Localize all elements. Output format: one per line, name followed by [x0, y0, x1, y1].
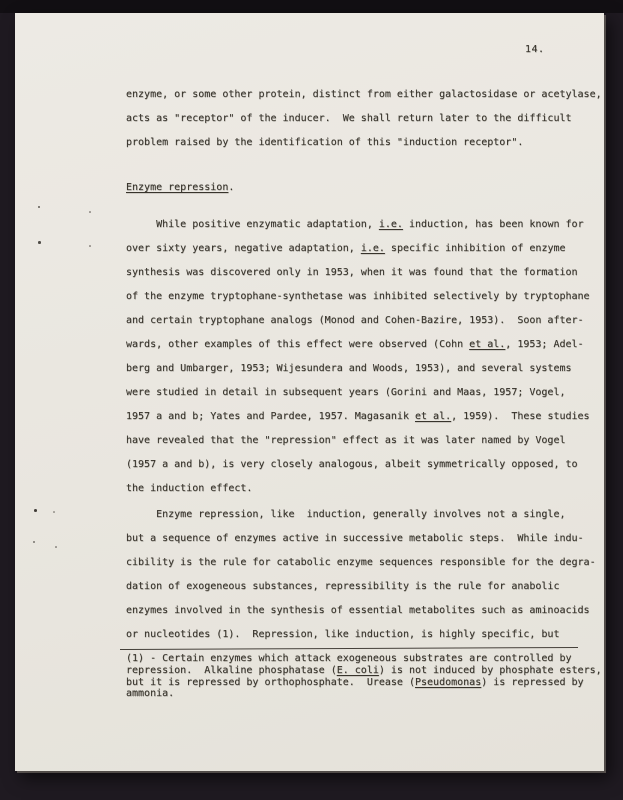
paragraph-induction-receptor: enzyme, or some other protein, distinct …: [126, 83, 604, 155]
text-segment: of the enzyme tryptophane-synthetase was…: [126, 291, 590, 302]
paper-speck: [89, 245, 91, 247]
text-segment: over sixty years, negative adaptation,: [126, 243, 361, 254]
text-line: acts as "receptor" of the inducer. We sh…: [126, 107, 604, 131]
text-line: dation of exogeneous substances, repress…: [126, 575, 604, 599]
text-segment: wards, other examples of this effect wer…: [126, 339, 469, 350]
paper-speck: [38, 206, 40, 208]
text-segment: ) is repressed by: [481, 677, 583, 688]
text-line: Enzyme repression.: [126, 176, 604, 200]
text-segment: problem raised by the identification of …: [126, 137, 523, 148]
text-segment: the induction effect.: [126, 483, 252, 494]
underlined-text: E. coli: [337, 665, 379, 676]
paper-speck: [55, 546, 57, 548]
text-segment: induction, has been known for: [403, 219, 584, 230]
text-segment: .: [228, 182, 234, 193]
text-segment: ammonia.: [126, 688, 174, 699]
text-segment: but it is repressed by orthophosphate. U…: [126, 677, 415, 688]
text-segment: dation of exogeneous substances, repress…: [126, 581, 559, 592]
text-line: While positive enzymatic adaptation, i.e…: [126, 213, 604, 237]
paragraph-repression-history: While positive enzymatic adaptation, i.e…: [126, 213, 604, 501]
underlined-text: i.e.: [379, 219, 403, 230]
text-segment: and certain tryptophane analogs (Monod a…: [126, 315, 584, 326]
text-line: but it is repressed by orthophosphate. U…: [126, 677, 604, 689]
text-segment: While positive enzymatic adaptation,: [126, 219, 379, 230]
text-segment: but a sequence of enzymes active in succ…: [126, 533, 584, 544]
text-line: were studied in detail in subsequent yea…: [126, 381, 604, 405]
text-line: enzymes involved in the synthesis of ess…: [126, 599, 604, 623]
footnote-rule: [120, 647, 578, 650]
page-number: 14.: [525, 43, 545, 56]
text-line: synthesis was discovered only in 1953, w…: [126, 261, 604, 285]
document-page: 14. enzyme, or some other protein, disti…: [15, 13, 604, 771]
text-line: enzyme, or some other protein, distinct …: [126, 83, 604, 107]
text-line: (1) - Certain enzymes which attack exoge…: [126, 653, 604, 665]
paragraph-repression-specificity: Enzyme repression, like induction, gener…: [126, 503, 604, 647]
paper-speck: [38, 241, 41, 244]
paper-speck: [89, 211, 91, 213]
text-line: ammonia.: [126, 688, 604, 700]
section-heading-enzyme-repression: Enzyme repression.: [126, 176, 604, 200]
text-line: over sixty years, negative adaptation, i…: [126, 237, 604, 261]
text-line: or nucleotides (1). Repression, like ind…: [126, 623, 604, 647]
text-segment: synthesis was discovered only in 1953, w…: [126, 267, 578, 278]
underlined-text: et al.: [469, 339, 505, 350]
paper-speck: [53, 511, 55, 513]
text-line: wards, other examples of this effect wer…: [126, 333, 604, 357]
text-line: and certain tryptophane analogs (Monod a…: [126, 309, 604, 333]
text-segment: have revealed that the "repression" effe…: [126, 435, 566, 446]
underlined-text: i.e.: [361, 243, 385, 254]
text-segment: cibility is the rule for catabolic enzym…: [126, 557, 596, 568]
text-segment: repression. Alkaline phosphatase (: [126, 665, 337, 676]
text-line: cibility is the rule for catabolic enzym…: [126, 551, 604, 575]
text-segment: Enzyme repression, like induction, gener…: [126, 509, 566, 520]
underlined-text: Pseudomonas: [415, 677, 481, 688]
underlined-text: Enzyme repression: [126, 182, 228, 193]
paper-speck: [33, 541, 35, 543]
text-line: 1957 a and b; Yates and Pardee, 1957. Ma…: [126, 405, 604, 429]
text-segment: berg and Umbarger, 1953; Wijesundera and…: [126, 363, 572, 374]
text-segment: were studied in detail in subsequent yea…: [126, 387, 566, 398]
text-line: repression. Alkaline phosphatase (E. col…: [126, 665, 604, 677]
text-segment: (1) - Certain enzymes which attack exoge…: [126, 653, 572, 664]
text-segment: , 1959). These studies: [451, 411, 589, 422]
text-line: but a sequence of enzymes active in succ…: [126, 527, 604, 551]
text-segment: enzyme, or some other protein, distinct …: [126, 89, 602, 100]
document-content: enzyme, or some other protein, distinct …: [126, 83, 604, 700]
text-line: problem raised by the identification of …: [126, 131, 604, 155]
photo-border-top: [0, 0, 623, 13]
text-segment: specific inhibition of enzyme: [385, 243, 566, 254]
text-line: the induction effect.: [126, 477, 604, 501]
text-segment: , 1953; Adel-: [505, 339, 583, 350]
text-line: Enzyme repression, like induction, gener…: [126, 503, 604, 527]
text-segment: acts as "receptor" of the inducer. We sh…: [126, 113, 572, 124]
text-segment: ) is not induced by phosphate esters,: [379, 665, 602, 676]
paper-speck: [34, 509, 37, 512]
text-segment: enzymes involved in the synthesis of ess…: [126, 605, 590, 616]
footnote-1: (1) - Certain enzymes which attack exoge…: [126, 653, 604, 700]
text-line: have revealed that the "repression" effe…: [126, 429, 604, 453]
underlined-text: et al.: [415, 411, 451, 422]
text-line: of the enzyme tryptophane-synthetase was…: [126, 285, 604, 309]
text-line: (1957 a and b), is very closely analogou…: [126, 453, 604, 477]
text-line: berg and Umbarger, 1953; Wijesundera and…: [126, 357, 604, 381]
text-segment: 1957 a and b; Yates and Pardee, 1957. Ma…: [126, 411, 415, 422]
text-segment: (1957 a and b), is very closely analogou…: [126, 459, 578, 470]
text-segment: or nucleotides (1). Repression, like ind…: [126, 629, 559, 640]
